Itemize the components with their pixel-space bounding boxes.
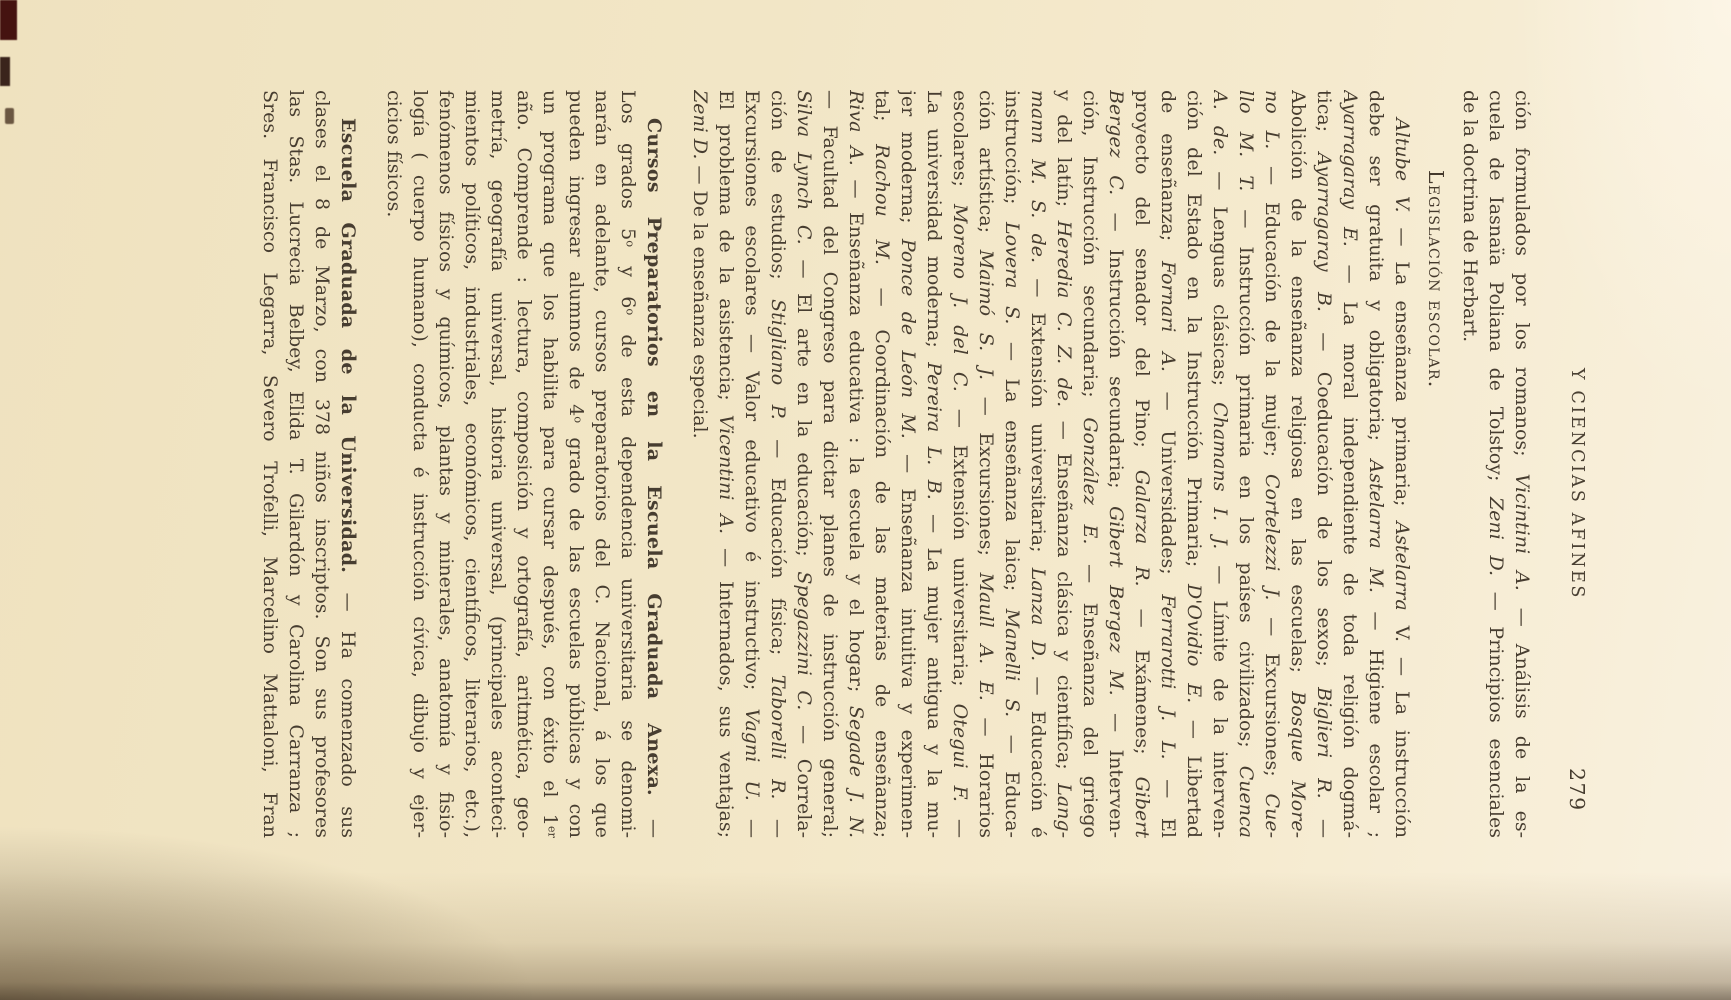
text-line: llo M. T. — Instrucción primaria en los … xyxy=(1233,90,1259,838)
paragraph: Escuela Graduada de la Universidad. — Ha… xyxy=(257,90,361,838)
page-number: 279 xyxy=(1565,768,1589,812)
scan-artifact xyxy=(0,57,10,86)
text-line: Sres. Francisco Legarra, Severo Trofelli… xyxy=(257,90,283,838)
text-block: ción formulados por los romanos; Vicinti… xyxy=(257,90,1535,838)
text-line: Riva A. — Enseñanza educativa : la escue… xyxy=(843,90,869,838)
text-line: ción del Estado en la Instrucción Primar… xyxy=(1181,90,1207,838)
text-line: debe ser gratuita y obligatoria; Astelar… xyxy=(1363,90,1389,838)
text-line: escolares; Moreno J. del C. — Extensión … xyxy=(947,90,973,838)
paragraph: Cursos Preparatorios en la Escuela Gradu… xyxy=(381,90,667,838)
text-line: A. de. — Lenguas clásicas; Chamans I. J.… xyxy=(1207,90,1233,838)
text-line: Escuela Graduada de la Universidad. — Ha… xyxy=(335,90,361,838)
text-line: ción de estudios; Stigliano P. — Educaci… xyxy=(765,90,791,838)
text-line: proyecto del senador del Pino; Galarza R… xyxy=(1129,90,1155,838)
text-line: de la doctrina de Herbart. xyxy=(1457,90,1483,838)
text-line: Excursiones escolares — Valor educativo … xyxy=(739,90,765,838)
text-line: tal; Rachou M. — Coordinación de las mat… xyxy=(869,90,895,838)
text-line: fenómenos físicos y químicos, plantas y … xyxy=(433,90,459,838)
text-line: de enseñanza; Fornari A. — Universidades… xyxy=(1155,90,1181,838)
text-line: Zeni D. — De la enseñanza especial. xyxy=(687,90,713,838)
text-line: no L. — Educación de la mujer; Cortelezz… xyxy=(1259,90,1285,838)
text-line: Los grados 5o y 6o de esta dependencia u… xyxy=(615,90,641,838)
text-line: jer moderna; Ponce de León M. — Enseñanz… xyxy=(895,90,921,838)
text-line: Altube V. — La enseñanza primaria; Astel… xyxy=(1389,90,1415,838)
text-line: El problema de la asistencia; Vicentini … xyxy=(713,90,739,838)
text-line: Abolición de la enseñanza religiosa en l… xyxy=(1285,90,1311,838)
text-line: pueden ingresar alumnos de 4o grado de l… xyxy=(563,90,589,838)
text-line: mann M. S. de. — Extensión universitaria… xyxy=(1025,90,1051,838)
page-header: Y CIENCIAS AFINES 279 xyxy=(1557,0,1587,1000)
text-line: ción artística; Maimó S. J. — Excursione… xyxy=(973,90,999,838)
text-line: Silva Lynch C. — El arte en la educación… xyxy=(791,90,817,838)
scan-artifact xyxy=(0,0,17,40)
text-line: Ayarragaray E. — La moral independiente … xyxy=(1337,90,1363,838)
paragraph: ción formulados por los romanos; Vicinti… xyxy=(1457,90,1535,838)
text-line: Bergez C. — Instrucción secundaria; Gibe… xyxy=(1103,90,1129,838)
text-line: Cursos Preparatorios en la Escuela Gradu… xyxy=(641,90,667,838)
text-line: ción formulados por los romanos; Vicinti… xyxy=(1509,90,1535,838)
text-line: cuela de Iasnaïa Poliana de Tolstoy; Zen… xyxy=(1483,90,1509,838)
text-line: tica; Ayarragaray B. — Coeducación de lo… xyxy=(1311,90,1337,838)
section-heading: Legislación escolar. xyxy=(1423,170,1449,838)
text-line: ción, Instrucción secundaria; González E… xyxy=(1077,90,1103,838)
text-line: año. Comprende : lectura, composición y … xyxy=(511,90,537,838)
text-line: cicios físicos. xyxy=(381,90,407,838)
book-page: Y CIENCIAS AFINES 279 ción formulados po… xyxy=(0,0,1731,1000)
text-line: logía ( cuerpo humano), conducta é instr… xyxy=(407,90,433,838)
text-line: un programa que los habilita para cursar… xyxy=(537,90,563,838)
running-title: Y CIENCIAS AFINES xyxy=(1567,368,1587,600)
text-line: instrucción; Lovera S. — La enseñanza la… xyxy=(999,90,1025,838)
text-line: metría, geografía universal, historia un… xyxy=(485,90,511,838)
text-line: mientos políticos, industriales, económi… xyxy=(459,90,485,838)
scanned-page: Y CIENCIAS AFINES 279 ción formulados po… xyxy=(0,0,1731,1000)
text-line: y del latín; Heredia C. Z. de. — Enseñan… xyxy=(1051,90,1077,838)
text-line: las Stas. Lucrecia Belbey, Elida T. Gila… xyxy=(283,90,309,838)
text-line: — Facultad del Congreso para dictar plan… xyxy=(817,90,843,838)
text-line: clases el 8 de Marzo, con 378 niños insc… xyxy=(309,90,335,838)
paragraph: Altube V. — La enseñanza primaria; Astel… xyxy=(687,90,1415,838)
text-line: La universidad moderna; Pereira L. B. — … xyxy=(921,90,947,838)
text-line: narán en adelante, cursos preparatorios … xyxy=(589,90,615,838)
scan-artifact xyxy=(5,108,14,124)
